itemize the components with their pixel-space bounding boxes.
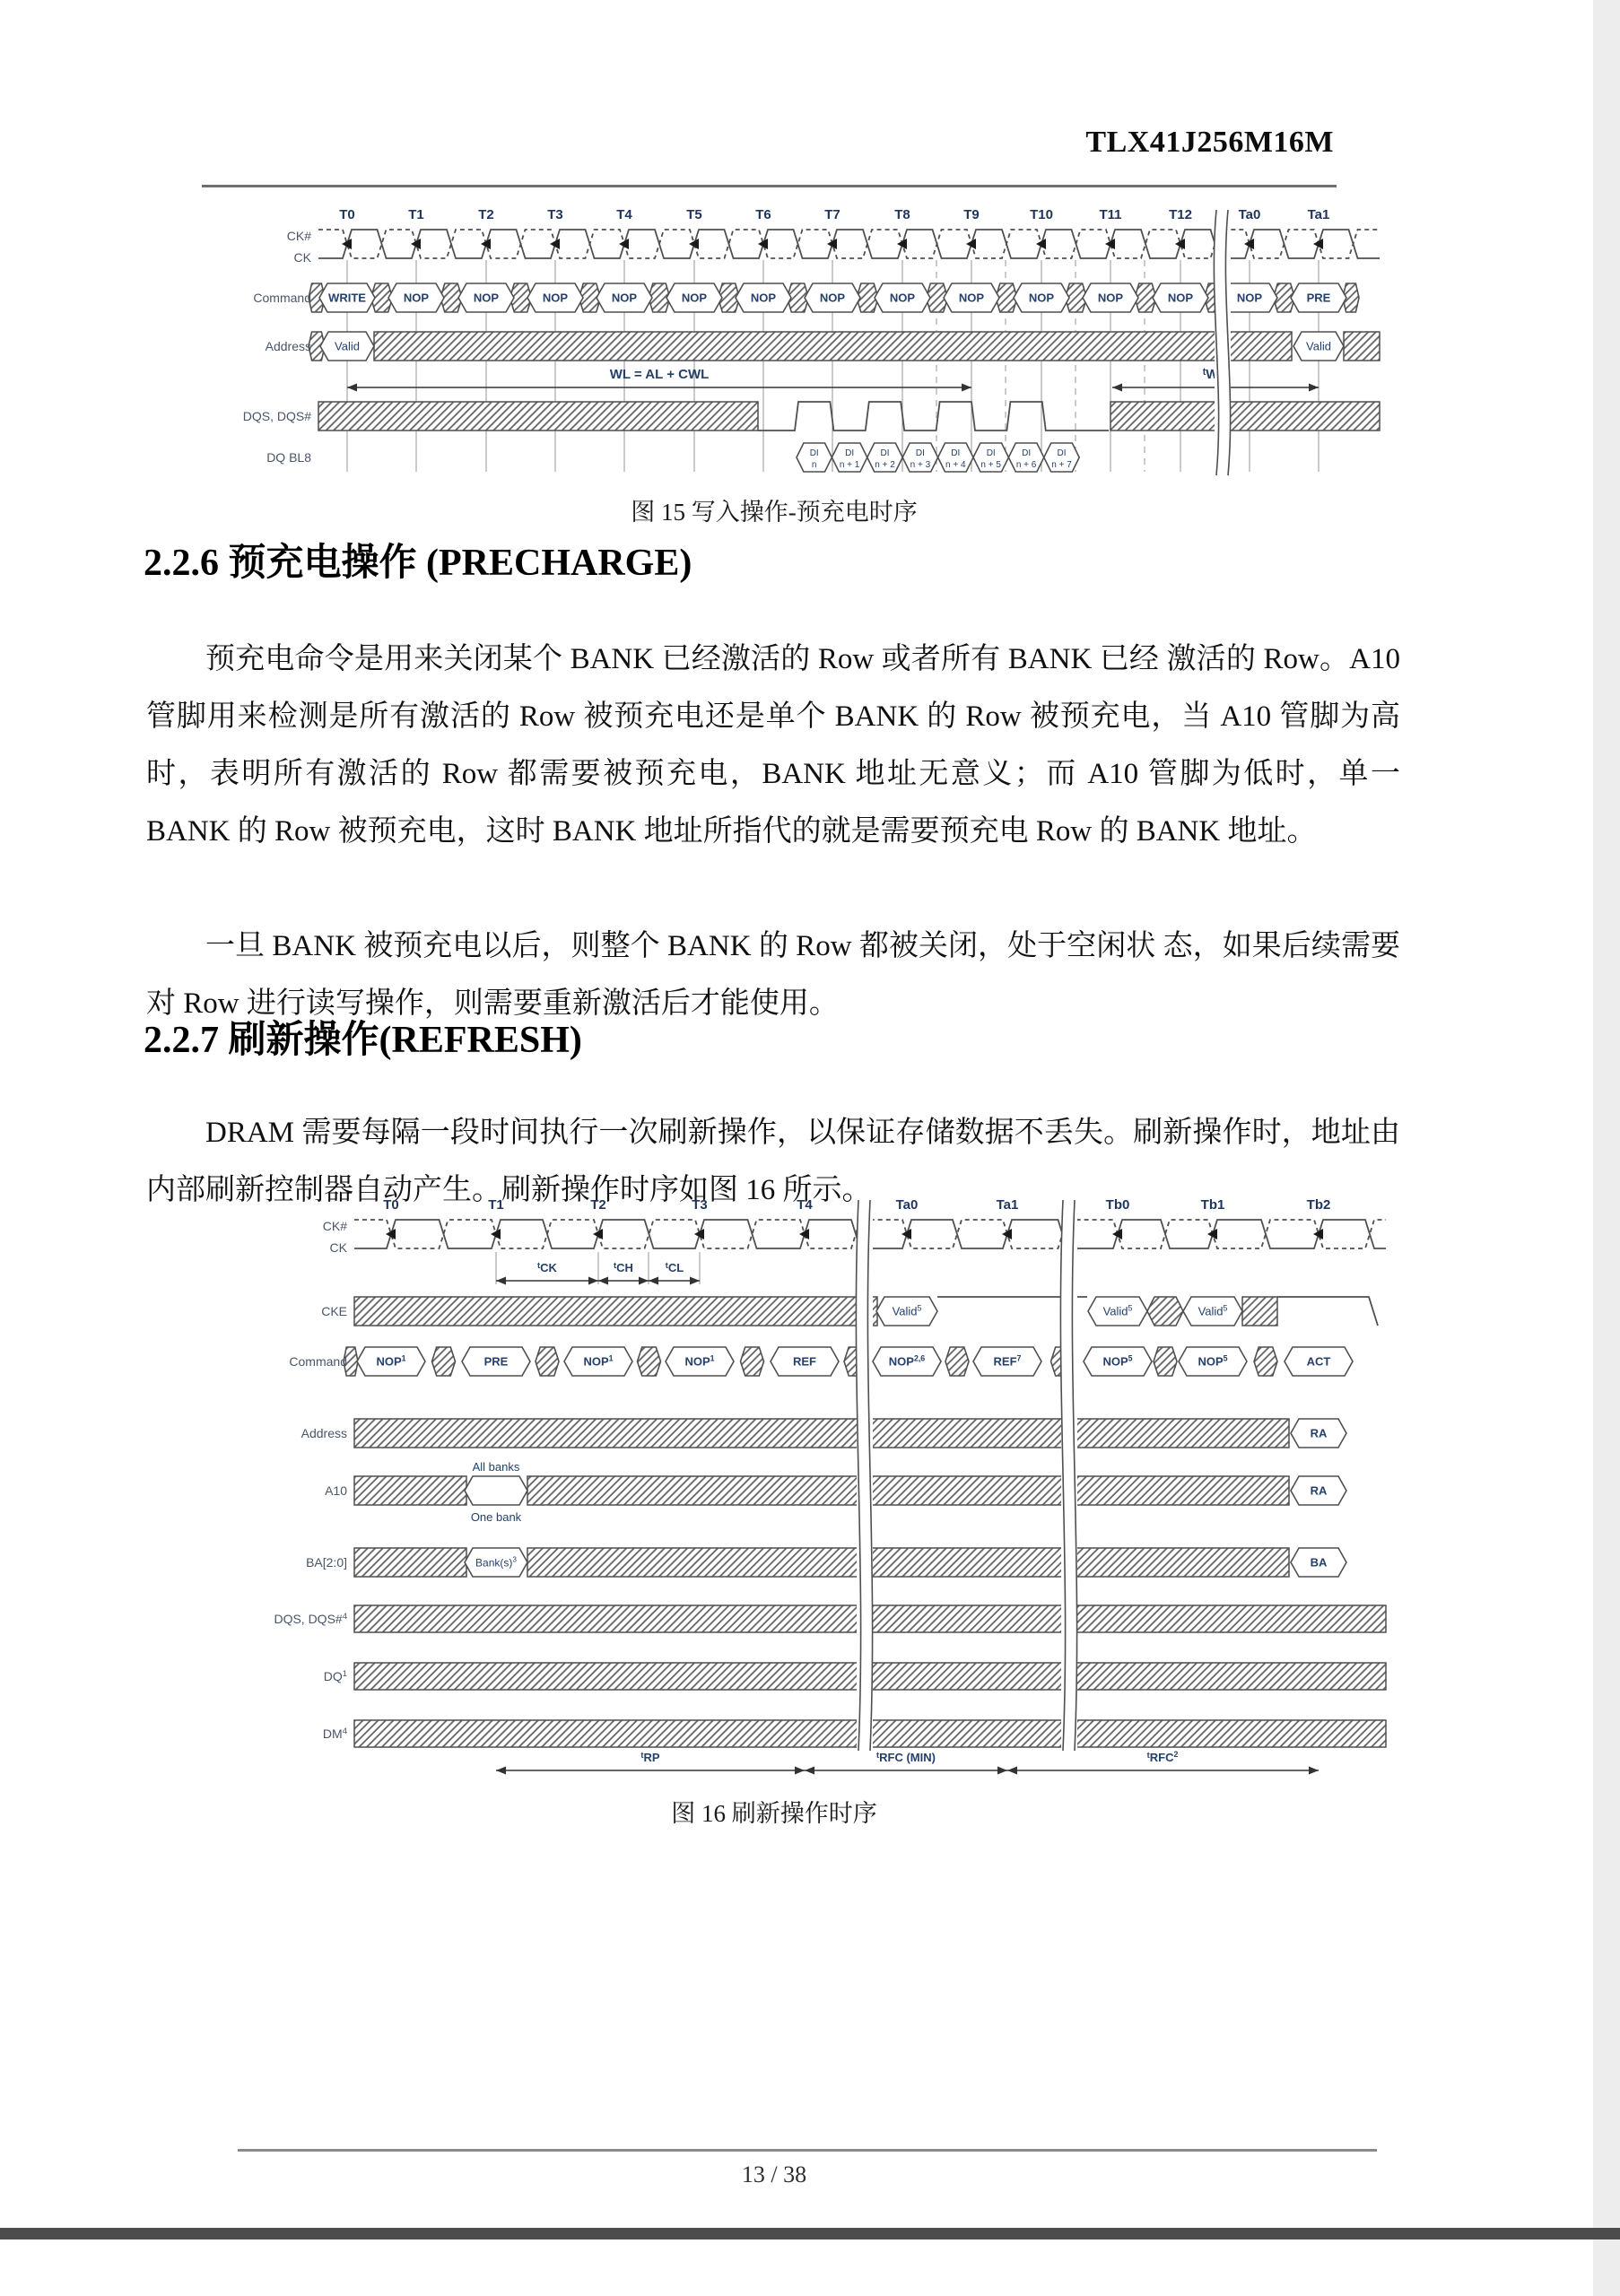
arrowhead [997, 1767, 1007, 1775]
clock-cycle-label: T8 [894, 207, 910, 222]
row-label-ckn: CK# [323, 1219, 347, 1233]
arrowhead [649, 1277, 658, 1285]
dq-data-bottom: n + 6 [1016, 460, 1037, 470]
footer-rule [238, 2149, 1377, 2152]
arrowhead [496, 1767, 506, 1775]
dq-data-bottom: n + 3 [910, 460, 931, 470]
a10-one-bank-label: One bank [471, 1510, 522, 1524]
clock-cycle-label: T7 [824, 207, 840, 222]
trfc2-annotation: tRFC2 [1147, 1750, 1179, 1764]
clock-cycle-label: Tb1 [1201, 1197, 1225, 1213]
arrowhead [1112, 384, 1122, 392]
row-label-command: Command [253, 291, 311, 305]
arrowhead [588, 1277, 598, 1285]
row-label-command: Command [289, 1354, 347, 1369]
datasheet-page: TLX41J256M16M T0T1T2T3T4T5T6T7T8T9T10T11… [0, 0, 1620, 2296]
arrowhead [639, 1277, 649, 1285]
tcl-annotation: tCL [666, 1260, 684, 1274]
row-label-dq: DQ BL8 [266, 450, 311, 465]
ba-ba-label: BA [1311, 1556, 1328, 1570]
clock-cycle-label: T2 [590, 1197, 606, 1213]
dqs-dont-care [318, 402, 758, 430]
clock-cycle-label: Ta0 [1239, 207, 1261, 222]
dq-data-top: DI [810, 448, 819, 458]
dq-data-bottom: n + 7 [1051, 460, 1072, 470]
a10-ra-label: RA [1311, 1484, 1328, 1498]
command-gap-hatch [638, 1347, 661, 1376]
command-label: NOP [1168, 291, 1194, 305]
dq-data-bottom: n + 1 [840, 460, 860, 470]
row-label-dm: DM4 [323, 1726, 347, 1741]
trfc-min-annotation: tRFC (MIN) [876, 1750, 936, 1764]
clock-cycle-label: T2 [478, 207, 494, 222]
clock-cycle-label: T3 [692, 1197, 708, 1213]
arrowhead [690, 1277, 700, 1285]
command-gap-hatch [741, 1347, 764, 1376]
dqs-dont-care [1110, 402, 1380, 430]
ba-banks-label: Bank(s)3 [475, 1556, 517, 1570]
clock-cycle-label: T9 [963, 207, 980, 222]
clock-cycle-label: T10 [1030, 207, 1053, 222]
address-ra-label: RA [1311, 1427, 1328, 1440]
ba-dont-care [527, 1548, 1289, 1577]
dq-data-top: DI [951, 448, 960, 458]
section-heading-2-2-6: 2.2.6 预充电操作 (PRECHARGE) [144, 533, 692, 587]
arrowhead [1309, 1767, 1319, 1775]
row-label-ckn: CK# [287, 229, 311, 243]
clock-cycle-label: T6 [755, 207, 771, 222]
arrowhead [805, 1767, 814, 1775]
address-valid-label: Valid [335, 340, 360, 353]
tch-annotation: tCH [614, 1260, 633, 1274]
command-label: NOP [1029, 291, 1055, 305]
cke-dont-care [354, 1297, 877, 1326]
clock-cycle-label: T4 [616, 207, 632, 222]
clock-cycle-label: T4 [797, 1197, 813, 1213]
dqs-strobe-waveform [758, 402, 1109, 430]
dont-care-band [1242, 1297, 1277, 1326]
command-label: NOP [1237, 291, 1263, 305]
a10-dont-care [354, 1476, 466, 1505]
a10-precharge-bubble [465, 1476, 527, 1505]
arrowhead [795, 1767, 805, 1775]
dq-data-top: DI [1058, 448, 1067, 458]
row-label-dqs: DQS, DQS# [243, 409, 311, 423]
section-heading-2-2-7: 2.2.7 刷新操作(REFRESH) [144, 1010, 582, 1064]
page-title: TLX41J256M16M [202, 126, 1334, 160]
command-label: NOP [612, 291, 638, 305]
address-dont-care [354, 1419, 1289, 1448]
wl-annotation: WL = AL + CWL [610, 367, 710, 382]
row-label-dq: DQ1 [324, 1669, 347, 1683]
a10-all-banks-label: All banks [473, 1460, 520, 1474]
clock-cycle-label: T1 [488, 1197, 504, 1213]
command-label: NOP [751, 291, 777, 305]
clock-cycle-label: T12 [1169, 207, 1192, 222]
command-label: NOP [890, 291, 916, 305]
clock-cycle-label: T5 [686, 207, 702, 222]
cke-high-line [1277, 1297, 1378, 1326]
figure-16-refresh-timing-diagram: T0T1T2T3T4Ta0Ta1Tb0Tb1Tb2CK#CKtCKtCHtCLV… [126, 1193, 1435, 1785]
command-gap-hatch [1254, 1347, 1277, 1376]
row-label-ba: BA[2:0] [306, 1555, 347, 1570]
page-edge-right [1593, 0, 1620, 2296]
command-label: NOP [404, 291, 430, 305]
arrowhead [1309, 384, 1319, 392]
command-gap-hatch [945, 1347, 969, 1376]
arrowhead [962, 384, 971, 392]
command-label: NOP [474, 291, 500, 305]
row-label-ck: CK [330, 1240, 348, 1255]
figure-15-write-precharge-timing-diagram: T0T1T2T3T4T5T6T7T8T9T10T11T12Ta0Ta1CK#CK… [126, 201, 1435, 490]
row-label-cke: CKE [321, 1304, 347, 1318]
dq-data-top: DI [845, 448, 854, 458]
command-gap-hatch [432, 1347, 456, 1376]
command-gap-hatch [1154, 1347, 1177, 1376]
command-label: NOP [1098, 291, 1124, 305]
command-label: ACT [1307, 1355, 1331, 1369]
row-label-address: Address [301, 1426, 347, 1440]
page-edge-bottom [0, 2228, 1620, 2239]
clock-cycle-label: Ta1 [1308, 207, 1330, 222]
clock-cycle-label: T11 [1099, 207, 1121, 222]
command-label: WRITE [328, 291, 366, 305]
row-label-dqs: DQS, DQS#4 [274, 1612, 347, 1626]
command-label: REF [793, 1355, 816, 1369]
clock-cycle-label: T0 [339, 207, 355, 222]
dq-data-top: DI [1022, 448, 1031, 458]
dq-data-top: DI [881, 448, 890, 458]
clock-cycle-label: Tb0 [1106, 1197, 1130, 1213]
cke-gap-hatch [1147, 1297, 1183, 1326]
address-valid-label: Valid [1306, 340, 1331, 353]
command-label: NOP [543, 291, 569, 305]
command-label: PRE [1307, 291, 1331, 305]
command-label: PRE [484, 1355, 509, 1369]
dq-data-bottom: n + 5 [980, 460, 1001, 470]
clock-cycle-label: Ta1 [997, 1197, 1019, 1213]
figure-16-caption: 图 16 刷新操作时序 [146, 1794, 1402, 1829]
arrowhead [496, 1277, 506, 1285]
header-rule [202, 185, 1337, 187]
ba-dont-care [354, 1548, 466, 1577]
arrowhead [1007, 1767, 1017, 1775]
clock-cycle-label: T0 [383, 1197, 399, 1213]
dq-data-bottom: n + 4 [945, 460, 966, 470]
command-label: NOP [959, 291, 985, 305]
clock-cycle-label: Ta0 [896, 1197, 919, 1213]
dq-data-bottom: n + 2 [875, 460, 895, 470]
dq-data-top: DI [987, 448, 996, 458]
figure-15-caption: 图 15 写入操作-预充电时序 [146, 492, 1402, 527]
dont-care-band [1344, 332, 1380, 361]
page-number: 13 / 38 [146, 2161, 1402, 2188]
clock-cycle-label: Tb2 [1307, 1197, 1331, 1213]
row-label-ck: CK [294, 250, 312, 265]
dq-data-top: DI [916, 448, 925, 458]
row-label-a10: A10 [325, 1483, 347, 1498]
row-label-address: Address [266, 339, 311, 353]
a10-dont-care [527, 1476, 1289, 1505]
paragraph-precharge-1: 预充电命令是用来关闭某个 BANK 已经激活的 Row 或者所有 BANK 已经… [146, 631, 1400, 860]
clock-cycle-label: T1 [408, 207, 424, 222]
arrowhead [347, 384, 357, 392]
trp-annotation: tRP [640, 1750, 660, 1764]
command-label: NOP [820, 291, 846, 305]
clock-cycle-label: T3 [547, 207, 563, 222]
command-label: NOP [682, 291, 708, 305]
address-dont-care [374, 332, 1292, 361]
tck-annotation: tCK [537, 1260, 558, 1274]
command-gap-hatch [536, 1347, 559, 1376]
dq-data-bottom: n [812, 460, 817, 470]
arrowhead [598, 1277, 608, 1285]
